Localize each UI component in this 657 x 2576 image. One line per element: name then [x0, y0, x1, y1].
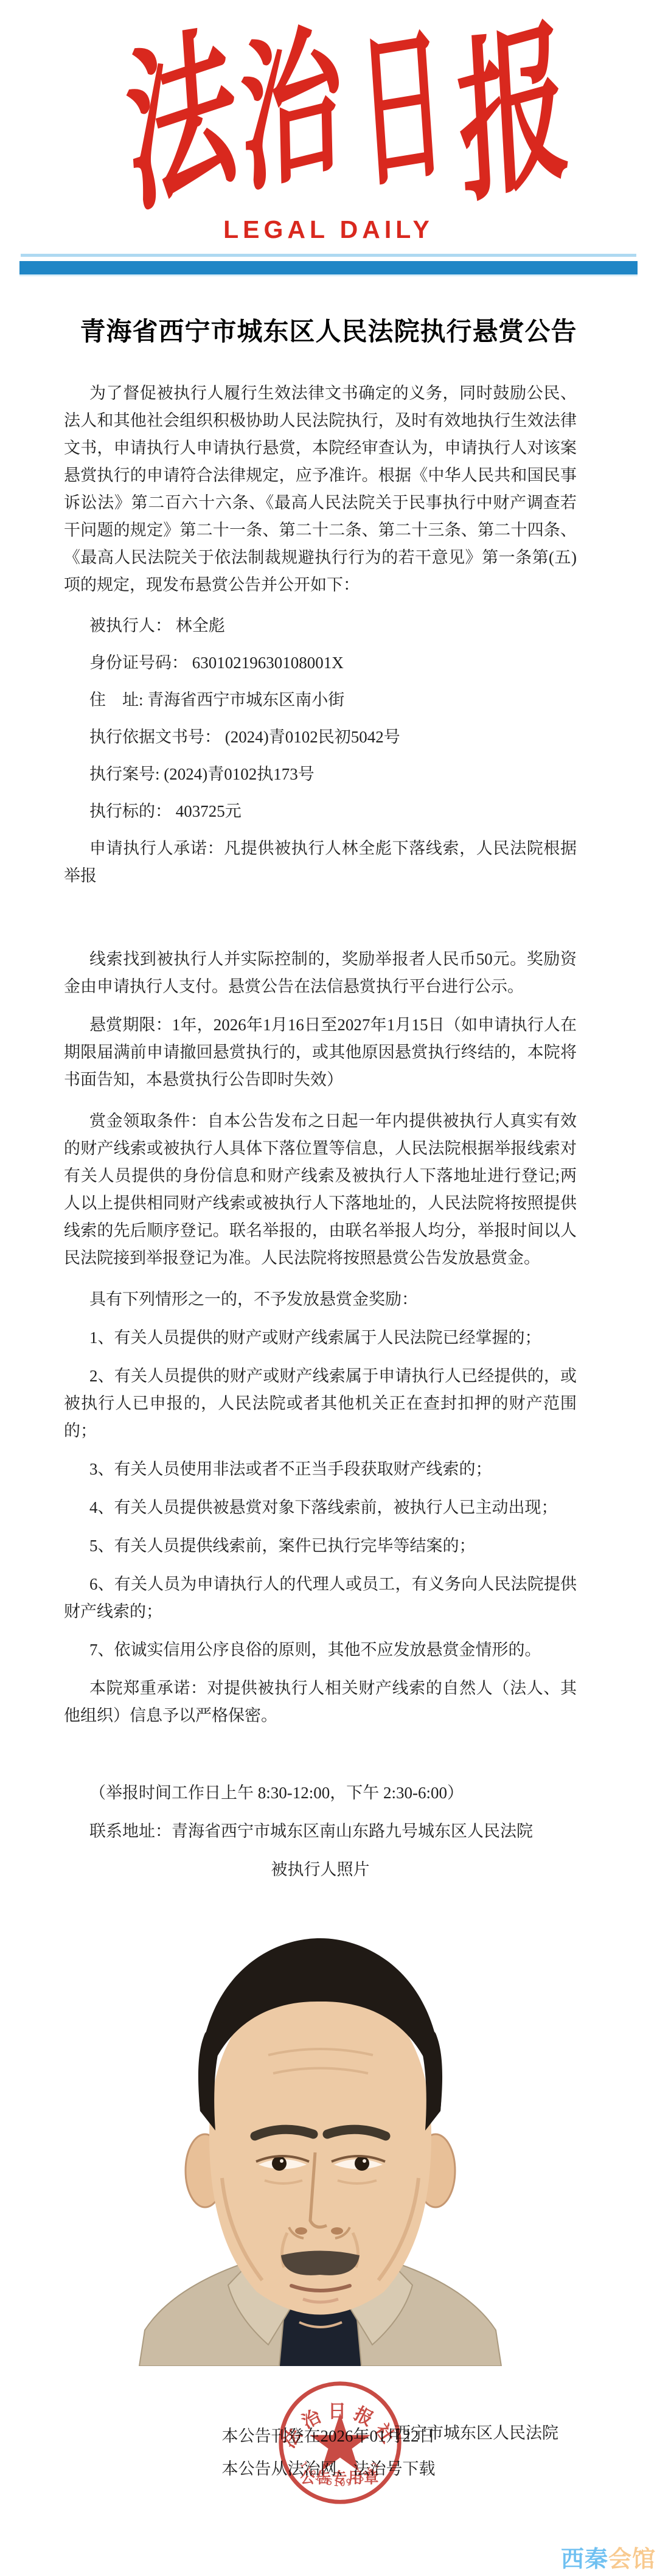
logo-char: 报 [453, 7, 572, 219]
no-reward-item-3: 3、有关人员使用非法或者不正当手段获取财产线索的； [64, 1456, 577, 1483]
field-case-number: 执行案号: (2024)青0102执173号 [64, 761, 577, 788]
debtor-photo [130, 1892, 511, 2366]
photo-label: 被执行人照片 [64, 1856, 577, 1883]
field-address: 住 址: 青海省西宁市城东区南小街 [64, 686, 577, 714]
no-reward-item-1: 1、有关人员提供的财产或财产线索属于人民法院已经掌握的； [64, 1324, 577, 1352]
announcement-page: 法治日报 LEGAL DAILY 青海省西宁市城东区人民法院执行悬赏公告 为了督… [0, 0, 657, 2576]
footer: 本公告刊登在2026年01月22日 本公告从法治网、法治号下载 法治日报社 公告… [0, 2374, 657, 2576]
no-reward-item-6: 6、有关人员为申请执行人的代理人或员工，有义务向人民法院提供财产线索的； [64, 1571, 577, 1625]
newspaper-seal-stamp: 法治日报社 公告专用章 11010510913553 [275, 2378, 405, 2508]
reward-conditions-paragraph: 赏金领取条件：自本公告发布之日起一年内提供被执行人真实有效的财产线索或被执行人具… [64, 1108, 577, 1272]
announcement-body: 为了督促被执行人履行生效法律文书确定的义务，同时鼓励公民、法人和其他社会组织积极… [64, 380, 577, 2447]
legal-daily-subtitle: LEGAL DAILY [0, 215, 657, 244]
no-reward-item-7: 7、依诚实信用公序良俗的原则，其他不应发放悬赏金情形的。 [64, 1636, 577, 1664]
intro-paragraph: 为了督促被执行人履行生效法律文书确定的义务，同时鼓励公民、法人和其他社会组织积极… [64, 380, 577, 599]
no-reward-intro: 具有下列情形之一的，不予发放悬赏金奖励： [64, 1286, 577, 1313]
reward-period-paragraph: 悬赏期限：1年，2026年1月16日至2027年1月15日（如申请执行人在期限届… [64, 1011, 577, 1094]
watermark-logo: 西秦会馆 [561, 2540, 656, 2574]
blank-gap [64, 1730, 577, 1779]
legal-daily-calligraphy-logo: 法治日报 [125, 21, 569, 214]
no-reward-item-2: 2、有关人员提供的财产或财产线索属于申请执行人已经提供的，或被执行人已申报的，人… [64, 1363, 577, 1445]
debtor-portrait-illustration [130, 1892, 511, 2366]
no-reward-item-5: 5、有关人员提供线索前，案件已执行完毕等结案的； [64, 1532, 577, 1560]
contact-address-line: 联系地址：青海省西宁市城东区南山东路九号城东区人民法院 [64, 1818, 577, 1845]
field-judgment-doc-number: 执行依据文书号： (2024)青0102民初5042号 [64, 724, 577, 751]
no-reward-item-4: 4、有关人员提供被悬赏对象下落线索前，被执行人已主动出现； [64, 1494, 577, 1521]
case-fields: 被执行人： 林全彪 身份证号码： 63010219630108001X 住 址:… [64, 612, 577, 825]
field-debtor-name: 被执行人： 林全彪 [64, 612, 577, 640]
announcement-title: 青海省西宁市城东区人民法院执行悬赏公告 [43, 312, 614, 348]
blank-gap [64, 890, 577, 946]
field-execution-amount: 执行标的： 403725元 [64, 798, 577, 825]
confidentiality-paragraph: 本院郑重承诺：对提供被执行人相关财产线索的自然人（法人、其他组织）信息予以严格保… [64, 1675, 577, 1730]
masthead: 法治日报 LEGAL DAILY [0, 0, 657, 276]
watermark-part1: 西秦 [561, 2547, 608, 2572]
logo-char: 治 [238, 12, 344, 208]
masthead-rule-thin [21, 254, 636, 257]
logo-char: 法 [121, 11, 242, 229]
logo-char: 日 [353, 14, 451, 203]
promise-paragraph-part1: 申请执行人承诺：凡提供被执行人林全彪下落线索，人民法院根据举报 [64, 835, 577, 890]
masthead-rule-thick [19, 261, 638, 276]
promise-paragraph-part2: 线索找到被执行人并实际控制的，奖励举报者人民币50元。奖励资金由申请执行人支付。… [64, 946, 577, 1000]
report-time-line: （举报时间工作日上午 8:30-12:00，下午 2:30-6:00） [64, 1779, 577, 1807]
field-id-number: 身份证号码： 63010219630108001X [64, 649, 577, 677]
watermark-part2: 会馆 [608, 2547, 656, 2572]
